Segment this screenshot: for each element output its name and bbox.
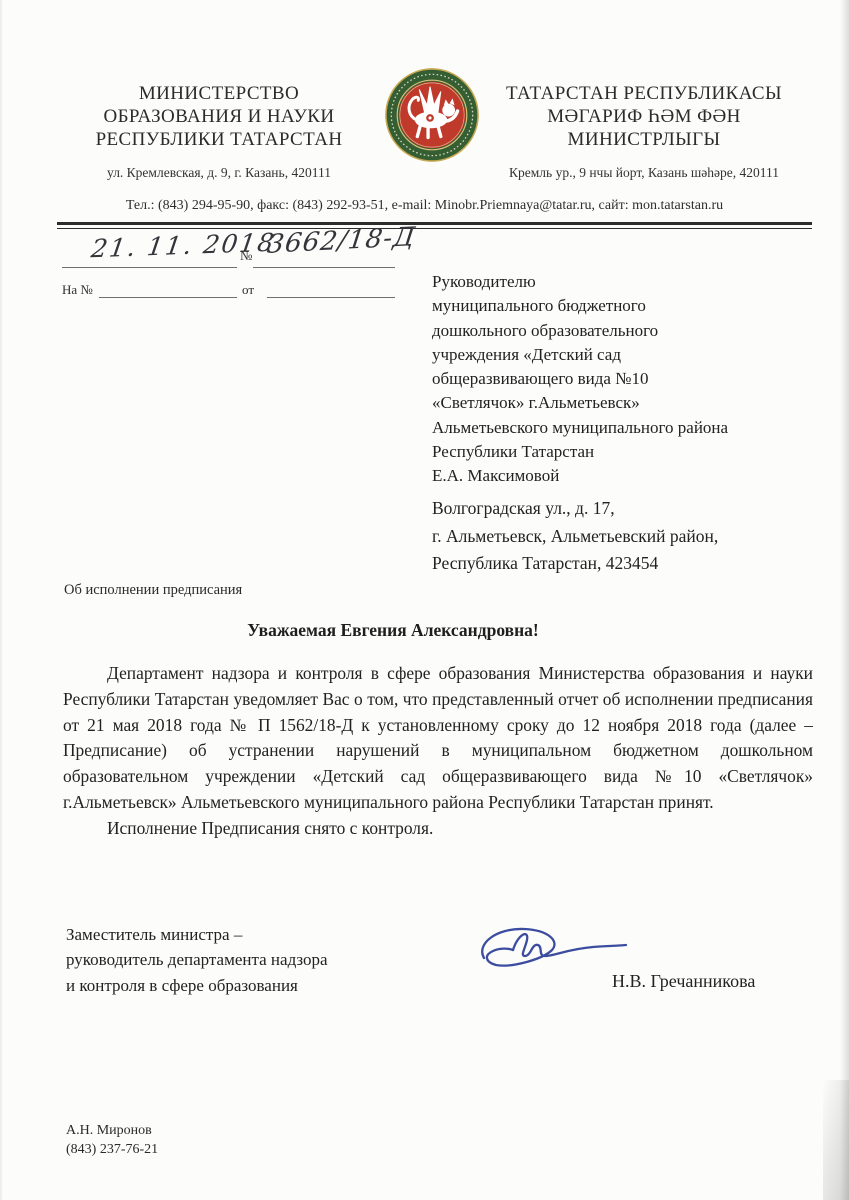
recipient-address-line: Волгоградская ул., д. 17,	[432, 495, 804, 523]
scan-edge-shadow-right	[840, 0, 849, 1200]
reply-to-label: На №	[62, 282, 93, 298]
recipient-line: общеразвивающего вида №10	[432, 367, 804, 391]
reply-number-underline	[99, 297, 237, 298]
reply-from-label: от	[242, 282, 254, 298]
number-sign-label: №	[240, 248, 252, 264]
date-underline	[62, 267, 237, 268]
signer-position-line: руководитель департамента надзора	[66, 947, 328, 972]
signer-name: Н.В. Гречанникова	[612, 971, 755, 992]
ministry-ru-address: ул. Кремлевская, д. 9, г. Казань, 420111	[68, 165, 370, 181]
ministry-name-russian: МИНИСТЕРСТВО ОБРАЗОВАНИЯ И НАУКИ РЕСПУБЛ…	[68, 82, 370, 151]
ministry-ru-line3: РЕСПУБЛИКИ ТАТАРСТАН	[68, 128, 370, 151]
body-paragraph-1: Департамент надзора и контроля в сфере о…	[63, 661, 813, 816]
recipient-address-line: г. Альметьевск, Альметьевский район,	[432, 523, 804, 551]
signature-ink-icon	[468, 916, 633, 991]
scanned-letter-page: МИНИСТЕРСТВО ОБРАЗОВАНИЯ И НАУКИ РЕСПУБЛ…	[0, 0, 849, 1200]
contacts-line: Тел.: (843) 294-95-90, факс: (843) 292-9…	[47, 198, 802, 214]
subject-line: Об исполнении предписания	[64, 582, 242, 599]
letter-body: Департамент надзора и контроля в сфере о…	[63, 661, 813, 842]
letterhead-divider-rule	[57, 222, 812, 229]
number-underline	[253, 267, 395, 268]
recipient-address-block: Волгоградская ул., д. 17, г. Альметьевск…	[432, 495, 804, 578]
recipient-line: Руководителю	[432, 270, 804, 294]
ministry-tt-address: Кремль ур., 9 нчы йорт, Казань шәһәре, 4…	[468, 165, 820, 181]
ministry-tt-line1: ТАТАРСТАН РЕСПУБЛИКАСЫ	[468, 82, 820, 105]
recipient-address-line: Республика Татарстан, 423454	[432, 550, 804, 578]
recipient-line: «Светлячок» г.Альметьевск»	[432, 391, 804, 415]
ministry-ru-line2: ОБРАЗОВАНИЯ И НАУКИ	[68, 105, 370, 128]
recipient-line: муниципального бюджетного	[432, 294, 804, 318]
signer-position-line: и контроля в сфере образования	[66, 973, 328, 998]
recipient-line: Е.А. Максимовой	[432, 464, 804, 488]
executor-phone: (843) 237-76-21	[66, 1140, 158, 1159]
ministry-ru-line1: МИНИСТЕРСТВО	[68, 82, 370, 105]
recipient-block: Руководителю муниципального бюджетного д…	[432, 270, 804, 489]
executor-block: А.Н. Миронов (843) 237-76-21	[66, 1121, 158, 1159]
scan-corner-shadow	[823, 1080, 849, 1200]
handwritten-signature	[468, 916, 633, 991]
body-paragraph-2: Исполнение Предписания снято с контроля.	[63, 816, 813, 842]
signer-position-line: Заместитель министра –	[66, 922, 328, 947]
ministry-name-tatar: ТАТАРСТАН РЕСПУБЛИКАСЫ МӘГАРИФ ҺӘМ ФӘН М…	[468, 82, 820, 151]
ak-bars-leopard-icon	[383, 66, 481, 164]
scan-edge-shadow-left	[0, 0, 3, 1200]
tatarstan-emblem-seal	[383, 66, 481, 164]
recipient-line: учреждения «Детский сад	[432, 343, 804, 367]
executor-name: А.Н. Миронов	[66, 1121, 158, 1140]
ministry-tt-line2: МӘГАРИФ ҺӘМ ФӘН	[468, 105, 820, 128]
signer-position-block: Заместитель министра – руководитель депа…	[66, 922, 328, 998]
recipient-line: Альметьевского муниципального района	[432, 416, 804, 440]
ministry-tt-line3: МИНИСТРЛЫГЫ	[468, 128, 820, 151]
recipient-line: Республики Татарстан	[432, 440, 804, 464]
salutation-line: Уважаемая Евгения Александровна!	[63, 620, 723, 641]
reply-date-underline	[267, 297, 395, 298]
recipient-line: дошкольного образовательного	[432, 319, 804, 343]
